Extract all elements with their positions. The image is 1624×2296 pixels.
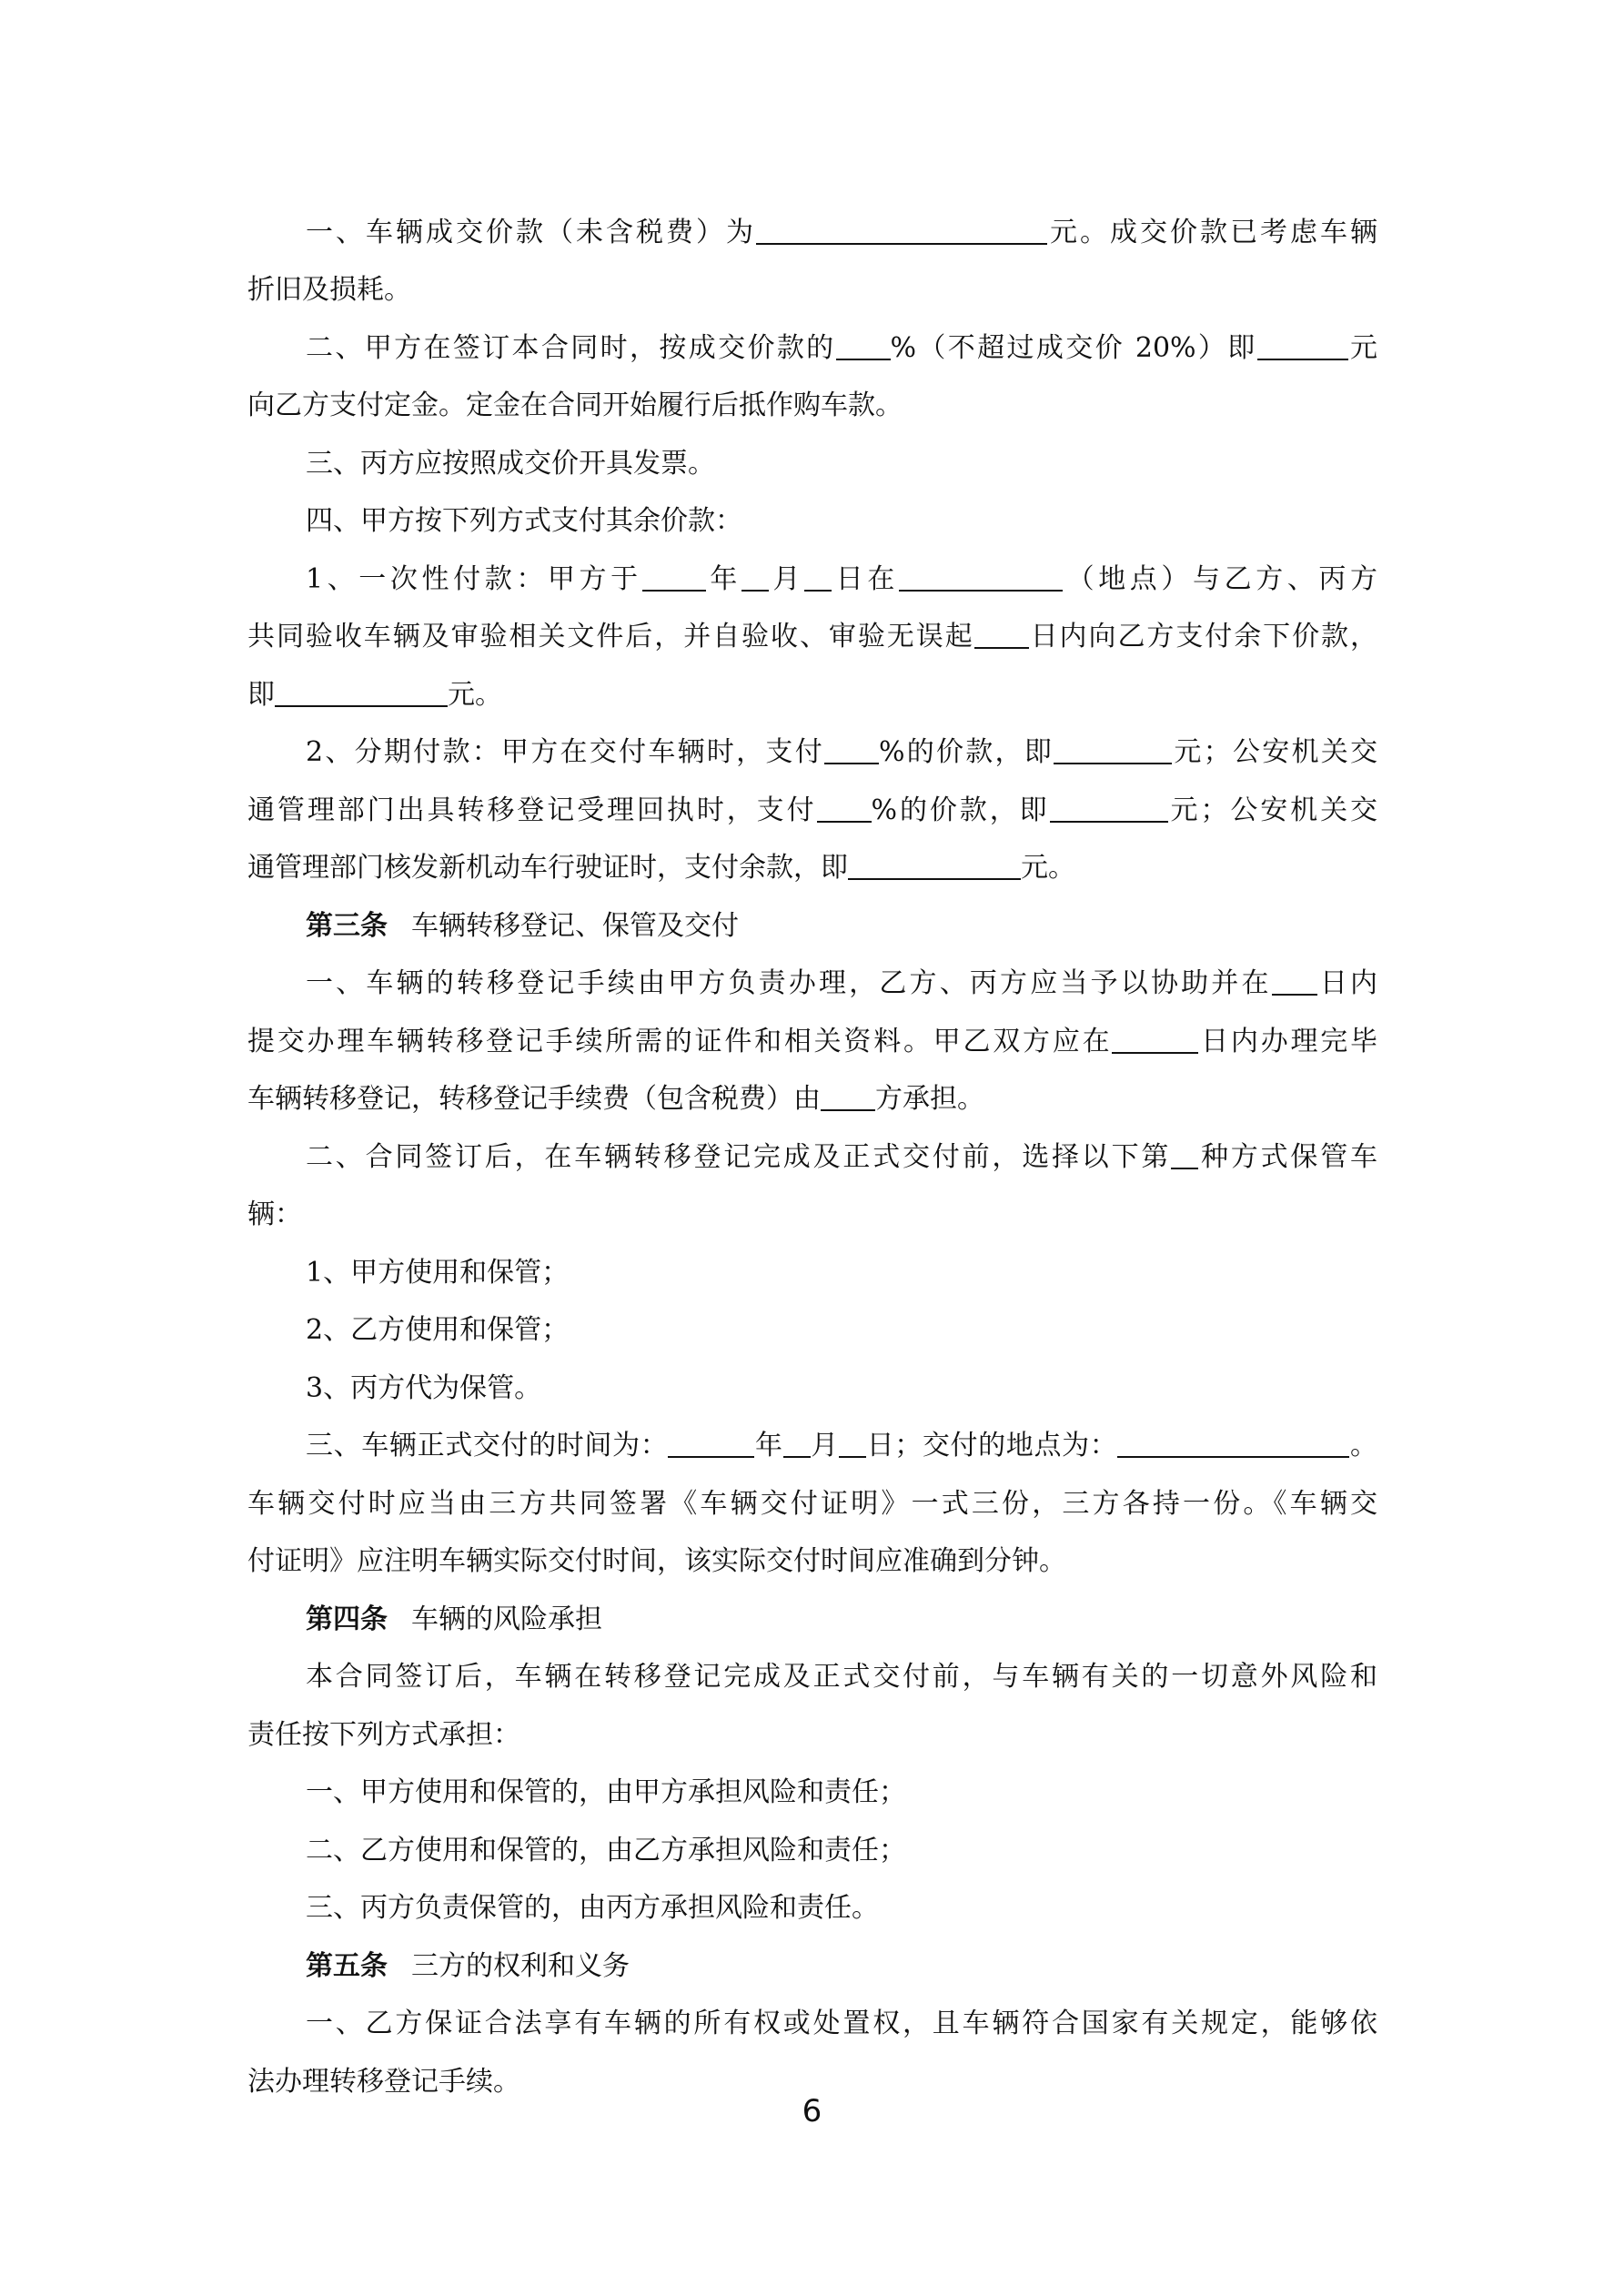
text-line: 即元。: [247, 675, 1377, 715]
text-line: 三、车辆正式交付的时间为：年月日；交付的地点为：。: [306, 1426, 1377, 1466]
text-line: 通管理部门出具转移登记受理回执时，支付%的价款，即元；公安机关交: [247, 791, 1377, 831]
fill-in-blank[interactable]: [1112, 1025, 1198, 1054]
text-line: 通管理部门核发新机动车行驶证时，支付余款，即元。: [247, 848, 1377, 888]
text-line: 2、乙方使用和保管；: [306, 1310, 1377, 1350]
text-segment: 付证明》应注明车辆实际交付时间，该实际交付时间应准确到分钟。: [247, 1545, 1066, 1577]
text-segment: 种方式保管车: [1198, 1141, 1377, 1173]
text-segment: 3、丙方代为保管。: [306, 1372, 541, 1404]
text-line: 向乙方支付定金。定金在合同开始履行后抵作购车款。: [247, 386, 1377, 426]
fill-in-blank[interactable]: [804, 562, 832, 592]
fill-in-blank[interactable]: [1257, 331, 1348, 360]
text-line: 一、车辆成交价款（未含税费）为元。成交价款已考虑车辆: [306, 213, 1377, 253]
text-segment: 一、车辆成交价款（未含税费）为: [306, 217, 756, 248]
text-line: 本合同签订后，车辆在转移登记完成及正式交付前，与车辆有关的一切意外风险和: [306, 1657, 1377, 1697]
text-segment: 。: [1349, 1430, 1377, 1462]
text-line: 付证明》应注明车辆实际交付时间，该实际交付时间应准确到分钟。: [247, 1542, 1377, 1582]
fill-in-blank[interactable]: [275, 678, 448, 707]
text-segment: 三、车辆正式交付的时间为：: [306, 1430, 668, 1462]
text-line: 三、丙方负责保管的，由丙方承担风险和责任。: [306, 1888, 1377, 1928]
fill-in-blank[interactable]: [668, 1429, 754, 1458]
text-segment: 一、乙方保证合法享有车辆的所有权或处置权，且车辆符合国家有关规定，能够依: [306, 2008, 1377, 2039]
section-heading: 第三条车辆转移登记、保管及交付: [306, 906, 1377, 946]
text-segment: 即: [247, 679, 275, 711]
text-segment: 日在: [832, 563, 899, 595]
section-number: 第五条: [306, 1950, 388, 1982]
text-segment: 二、合同签订后，在车辆转移登记完成及正式交付前，选择以下第: [306, 1141, 1171, 1173]
text-segment: 年: [706, 563, 741, 595]
text-line: 二、乙方使用和保管的，由乙方承担风险和责任；: [306, 1831, 1377, 1871]
fill-in-blank[interactable]: [848, 851, 1021, 880]
text-line: 二、甲方在签订本合同时，按成交价款的%（不超过成交价 20%）即元: [306, 329, 1377, 369]
text-segment: 年: [754, 1430, 782, 1462]
text-segment: 本合同签订后，车辆在转移登记完成及正式交付前，与车辆有关的一切意外风险和: [306, 1661, 1377, 1693]
text-line: 四、甲方按下列方式支付其余价款：: [306, 501, 1377, 541]
section-title: 车辆转移登记、保管及交付: [411, 910, 739, 942]
fill-in-blank[interactable]: [1054, 735, 1172, 764]
text-segment: 一、车辆的转移登记手续由甲方负责办理，乙方、丙方应当予以协助并在: [306, 967, 1272, 999]
text-segment: 元。: [1021, 852, 1075, 884]
text-segment: 车辆转移登记，转移登记手续费（包含税费）由: [247, 1083, 821, 1115]
text-segment: %的价款，即: [879, 736, 1054, 768]
text-line: 车辆交付时应当由三方共同签署《车辆交付证明》一式三份，三方各持一份。《车辆交: [247, 1484, 1377, 1524]
text-segment: %（不超过成交价 20%）即: [891, 332, 1257, 364]
text-segment: 三、丙方负责保管的，由丙方承担风险和责任。: [306, 1892, 879, 1924]
text-segment: 月: [811, 1430, 839, 1462]
text-segment: 通管理部门出具转移登记受理回执时，支付: [247, 794, 817, 826]
fill-in-blank[interactable]: [974, 620, 1029, 649]
section-heading: 第五条三方的权利和义务: [306, 1947, 1377, 1987]
text-line: 共同验收车辆及审验相关文件后，并自验收、审验无误起日内向乙方支付余下价款，: [247, 617, 1377, 657]
text-segment: 一、甲方使用和保管的，由甲方承担风险和责任；: [306, 1776, 906, 1808]
text-segment: 元；公安机关交: [1168, 794, 1377, 826]
page-number: 6: [0, 2093, 1624, 2129]
text-line: 一、甲方使用和保管的，由甲方承担风险和责任；: [306, 1773, 1377, 1813]
text-segment: 1、一次性付款：甲方于: [306, 563, 642, 595]
fill-in-blank[interactable]: [817, 794, 872, 823]
fill-in-blank[interactable]: [741, 562, 769, 592]
text-segment: 元。: [448, 679, 502, 711]
section-number: 第三条: [306, 910, 388, 942]
fill-in-blank[interactable]: [836, 331, 891, 360]
text-line: 2、分期付款：甲方在交付车辆时，支付%的价款，即元；公安机关交: [306, 733, 1377, 773]
section-title: 三方的权利和义务: [411, 1950, 630, 1982]
fill-in-blank[interactable]: [1117, 1429, 1349, 1458]
text-segment: 四、甲方按下列方式支付其余价款：: [306, 505, 742, 537]
text-segment: 辆：: [247, 1199, 302, 1230]
text-line: 折旧及损耗。: [247, 270, 1377, 310]
text-line: 三、丙方应按照成交价开具发票。: [306, 444, 1377, 484]
fill-in-blank[interactable]: [1272, 966, 1317, 996]
text-segment: 方承担。: [875, 1083, 984, 1115]
text-segment: 元。成交价款已考虑车辆: [1047, 217, 1377, 248]
section-number: 第四条: [306, 1603, 388, 1635]
text-segment: %的价款，即: [872, 794, 1050, 826]
fill-in-blank[interactable]: [1050, 794, 1168, 823]
fill-in-blank[interactable]: [824, 735, 879, 764]
text-segment: 二、甲方在签订本合同时，按成交价款的: [306, 332, 836, 364]
section-heading: 第四条车辆的风险承担: [306, 1600, 1377, 1640]
text-line: 提交办理车辆转移登记手续所需的证件和相关资料。甲乙双方应在日内办理完毕: [247, 1022, 1377, 1062]
text-segment: 元；公安机关交: [1172, 736, 1377, 768]
section-title: 车辆的风险承担: [411, 1603, 602, 1635]
text-segment: 2、乙方使用和保管；: [306, 1314, 569, 1346]
text-line: 责任按下列方式承担：: [247, 1715, 1377, 1755]
fill-in-blank[interactable]: [783, 1429, 811, 1458]
text-segment: 车辆交付时应当由三方共同签署《车辆交付证明》一式三份，三方各持一份。《车辆交: [247, 1488, 1377, 1520]
text-line: 一、乙方保证合法享有车辆的所有权或处置权，且车辆符合国家有关规定，能够依: [306, 2004, 1377, 2044]
text-segment: 共同验收车辆及审验相关文件后，并自验收、审验无误起: [247, 621, 974, 652]
text-segment: 折旧及损耗。: [247, 274, 411, 306]
text-line: 3、丙方代为保管。: [306, 1369, 1377, 1409]
fill-in-blank[interactable]: [821, 1082, 875, 1111]
text-segment: 月: [769, 563, 804, 595]
text-segment: 三、丙方应按照成交价开具发票。: [306, 448, 715, 480]
text-segment: 日内向乙方支付余下价款，: [1029, 621, 1377, 652]
text-segment: 2、分期付款：甲方在交付车辆时，支付: [306, 736, 824, 768]
text-segment: 二、乙方使用和保管的，由乙方承担风险和责任；: [306, 1835, 906, 1866]
text-segment: 提交办理车辆转移登记手续所需的证件和相关资料。甲乙双方应在: [247, 1026, 1112, 1057]
text-line: 1、一次性付款：甲方于年月日在（地点）与乙方、丙方: [306, 560, 1377, 600]
text-segment: 日；交付的地点为：: [866, 1430, 1117, 1462]
text-segment: 1、甲方使用和保管；: [306, 1257, 569, 1289]
text-line: 1、甲方使用和保管；: [306, 1253, 1377, 1293]
fill-in-blank[interactable]: [839, 1429, 866, 1458]
document-page: 一、车辆成交价款（未含税费）为元。成交价款已考虑车辆折旧及损耗。二、甲方在签订本…: [0, 0, 1624, 2296]
text-line: 车辆转移登记，转移登记手续费（包含税费）由方承担。: [247, 1079, 1377, 1119]
text-line: 二、合同签订后，在车辆转移登记完成及正式交付前，选择以下第种方式保管车: [306, 1138, 1377, 1178]
fill-in-blank[interactable]: [756, 216, 1047, 245]
text-segment: 向乙方支付定金。定金在合同开始履行后抵作购车款。: [247, 389, 903, 421]
text-segment: 元: [1348, 332, 1377, 364]
text-segment: 通管理部门核发新机动车行驶证时，支付余款，即: [247, 852, 848, 884]
fill-in-blank[interactable]: [1171, 1140, 1198, 1169]
text-line: 一、车辆的转移登记手续由甲方负责办理，乙方、丙方应当予以协助并在日内: [306, 964, 1377, 1004]
fill-in-blank[interactable]: [899, 562, 1063, 592]
text-segment: （地点）与乙方、丙方: [1063, 563, 1377, 595]
fill-in-blank[interactable]: [642, 562, 706, 592]
text-line: 辆：: [247, 1195, 1377, 1235]
text-segment: 日内办理完毕: [1198, 1026, 1377, 1057]
text-segment: 责任按下列方式承担：: [247, 1719, 520, 1751]
text-segment: 日内: [1317, 967, 1377, 999]
